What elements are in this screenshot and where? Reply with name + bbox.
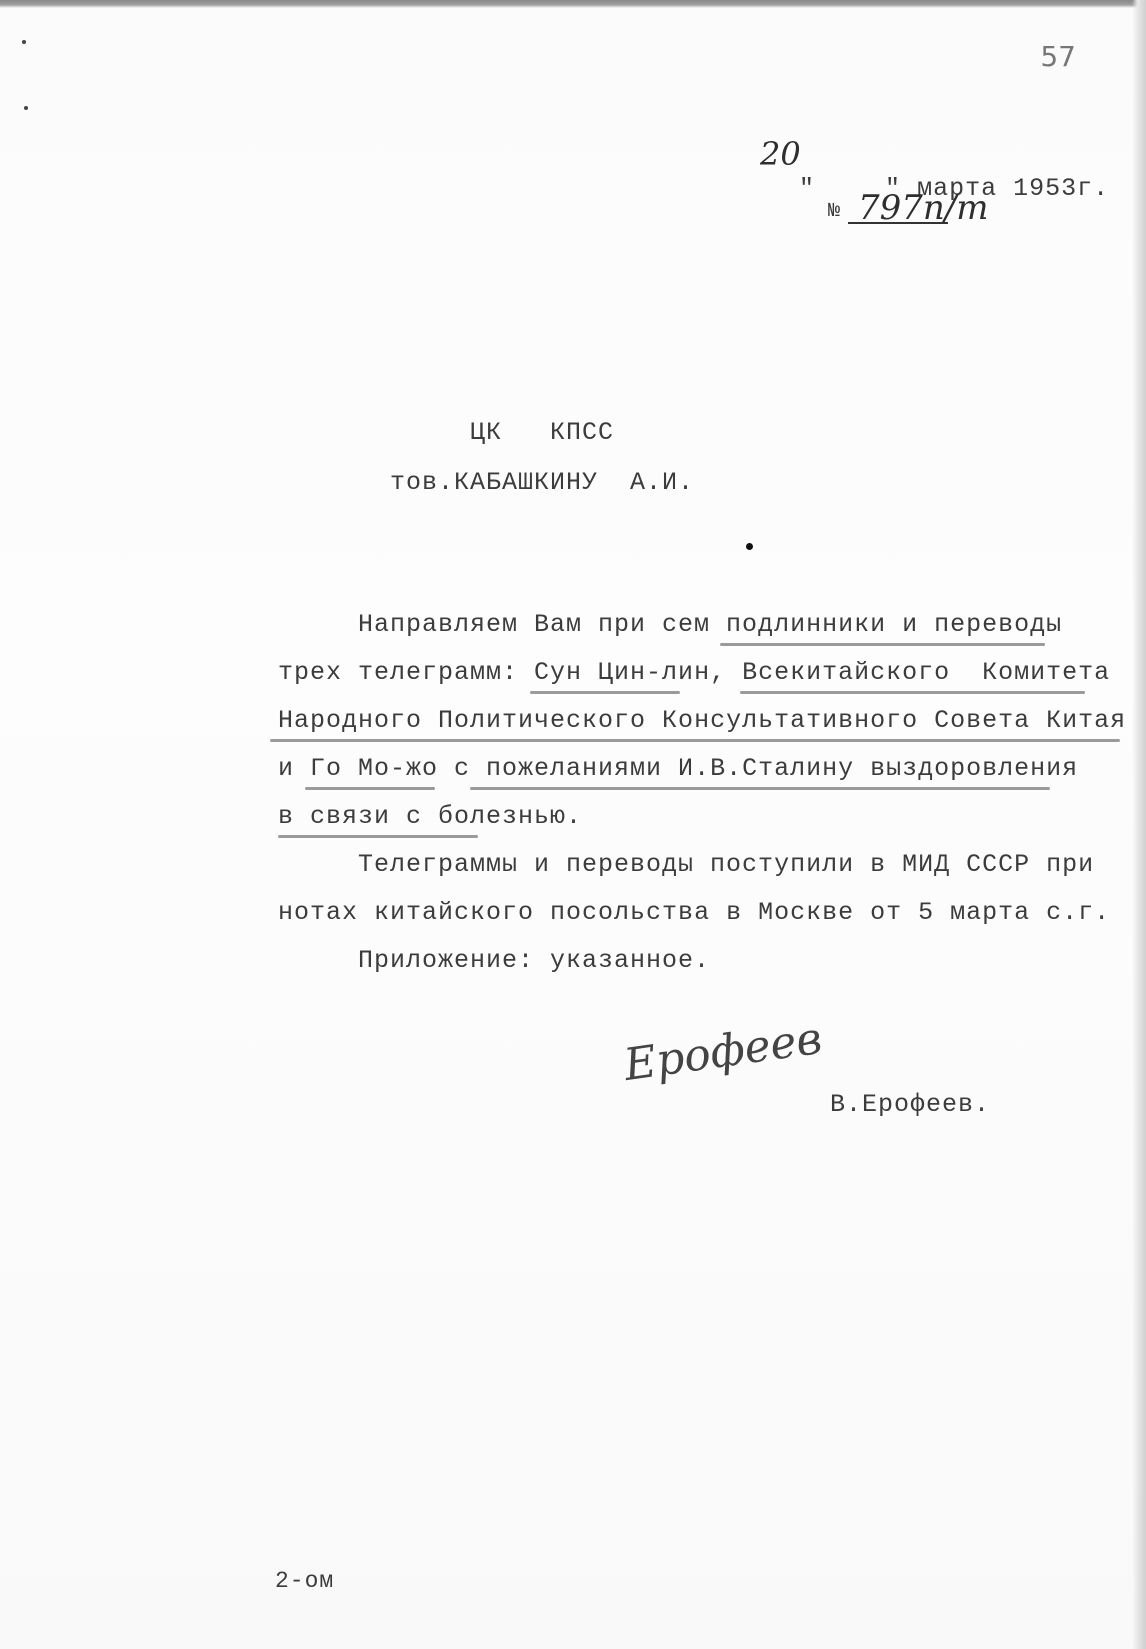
footer-code: 2-ом: [275, 1568, 334, 1594]
reference-number-label: №: [828, 200, 841, 223]
body-line-7: нотах китайского посольства в Москве от …: [278, 898, 1110, 927]
scan-top-edge: [0, 0, 1146, 8]
body-line-5: в связи с болезнью.: [278, 802, 582, 831]
body-line-2: трех телеграмм: Сун Цин-лин, Всекитайско…: [278, 658, 1110, 687]
ink-dot: [746, 543, 753, 550]
handwritten-signature: Ерофеев: [621, 1013, 825, 1091]
reference-number-underline: [848, 222, 948, 224]
date-day-handwritten: 20: [760, 135, 801, 173]
body-line-1: Направляем Вам при сем подлинники и пере…: [358, 610, 1062, 639]
date-quote-open: ": [799, 174, 815, 203]
body-line-6: Телеграммы и переводы поступили в МИД СС…: [358, 850, 1094, 879]
pencil-underline: [305, 787, 435, 790]
scan-right-edge: [1132, 0, 1146, 1649]
scan-speck: [22, 40, 26, 44]
pencil-underline: [470, 787, 1050, 790]
archive-page-number: 57: [1040, 40, 1076, 73]
addressee-organization: ЦК КПСС: [470, 418, 614, 447]
pencil-underline: [278, 835, 478, 838]
signer-name: В.Ерофеев.: [830, 1090, 990, 1119]
body-line-8: Приложение: указанное.: [358, 946, 710, 975]
pencil-underline: [740, 691, 1085, 694]
addressee-person: тов.КАБАШКИНУ А.И.: [390, 468, 694, 497]
pencil-underline: [530, 691, 680, 694]
document-page: 57 "" марта 1953г. 20 № 797п/т ЦК КПСС т…: [0, 0, 1146, 1649]
body-line-4: и Го Мо-жо с пожеланиями И.В.Сталину выз…: [278, 754, 1078, 783]
pencil-underline: [720, 643, 1045, 646]
pencil-underline: [270, 739, 1120, 742]
scan-speck: [24, 106, 28, 110]
body-line-3: Народного Политического Консультативного…: [278, 706, 1126, 735]
